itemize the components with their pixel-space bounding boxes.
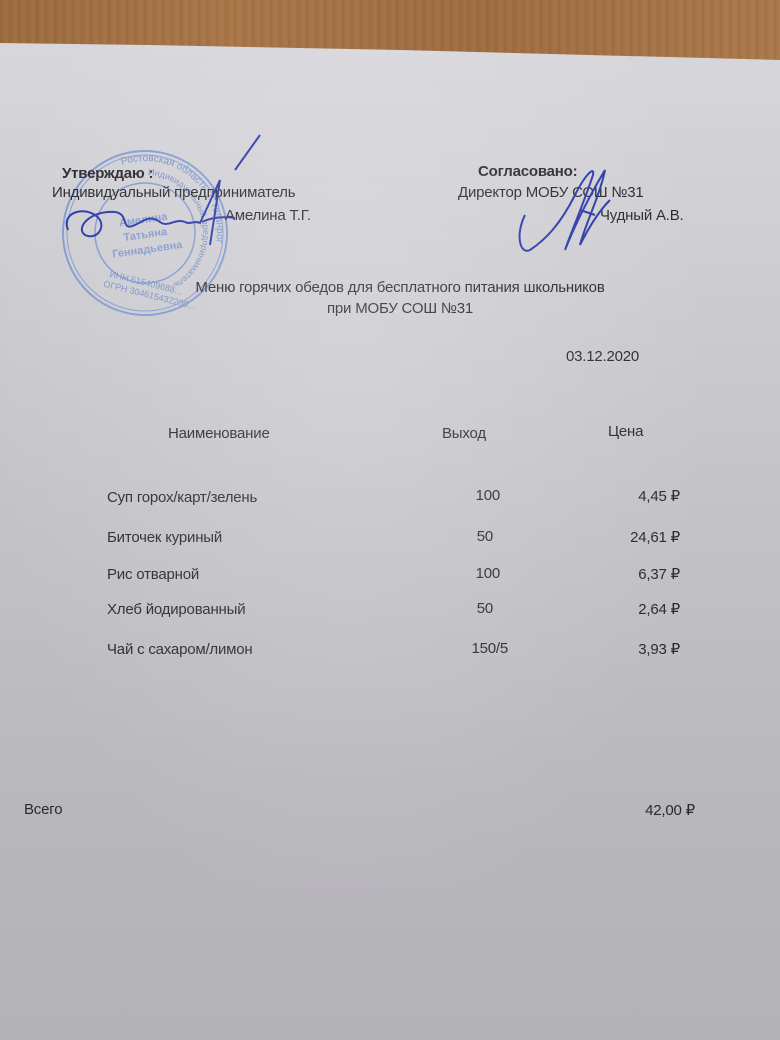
row-output: 150/5	[420, 640, 508, 657]
total-label: Всего	[24, 801, 62, 818]
row-output: 100	[420, 487, 500, 504]
row-price: 3,93 ₽	[580, 640, 680, 658]
row-price: 6,37 ₽	[580, 565, 680, 583]
document-title-line1: Меню горячих обедов для бесплатного пита…	[160, 279, 640, 296]
document-sheet: Ростовская область, г. Таганрог Индивиду…	[0, 0, 780, 1040]
row-output: 100	[420, 565, 500, 582]
photo-scene: Ростовская область, г. Таганрог Индивиду…	[0, 0, 780, 1040]
row-name: Рис отварной	[107, 566, 199, 583]
approval-label: Утверждаю :	[62, 165, 153, 182]
document-date: 03.12.2020	[566, 348, 639, 365]
row-price: 2,64 ₽	[580, 600, 680, 618]
row-price: 4,45 ₽	[580, 487, 680, 505]
approval-position: Индивидуальный предприниматель	[52, 184, 295, 201]
row-name: Суп горох/карт/зелень	[107, 489, 257, 506]
row-output: 50	[420, 528, 493, 545]
document-title-line2: при МОБУ СОШ №31	[160, 300, 640, 317]
row-output: 50	[420, 600, 493, 617]
header-price: Цена	[608, 423, 643, 440]
row-name: Биточек куриный	[107, 529, 222, 546]
row-price: 24,61 ₽	[580, 528, 680, 546]
row-name: Чай с сахаром/лимон	[107, 641, 253, 658]
agreed-label: Согласовано:	[478, 163, 577, 180]
total-value: 42,00 ₽	[580, 801, 695, 819]
stamp-center-line3: Геннадьевна	[112, 239, 184, 261]
agreed-name: Чудный А.В.	[600, 207, 684, 224]
row-name: Хлеб йодированный	[107, 601, 245, 618]
header-name: Наименование	[168, 425, 270, 442]
approval-name: Амелина Т.Г.	[225, 207, 311, 224]
header-output: Выход	[442, 425, 486, 442]
agreed-position: Директор МОБУ СОШ №31	[458, 184, 644, 201]
